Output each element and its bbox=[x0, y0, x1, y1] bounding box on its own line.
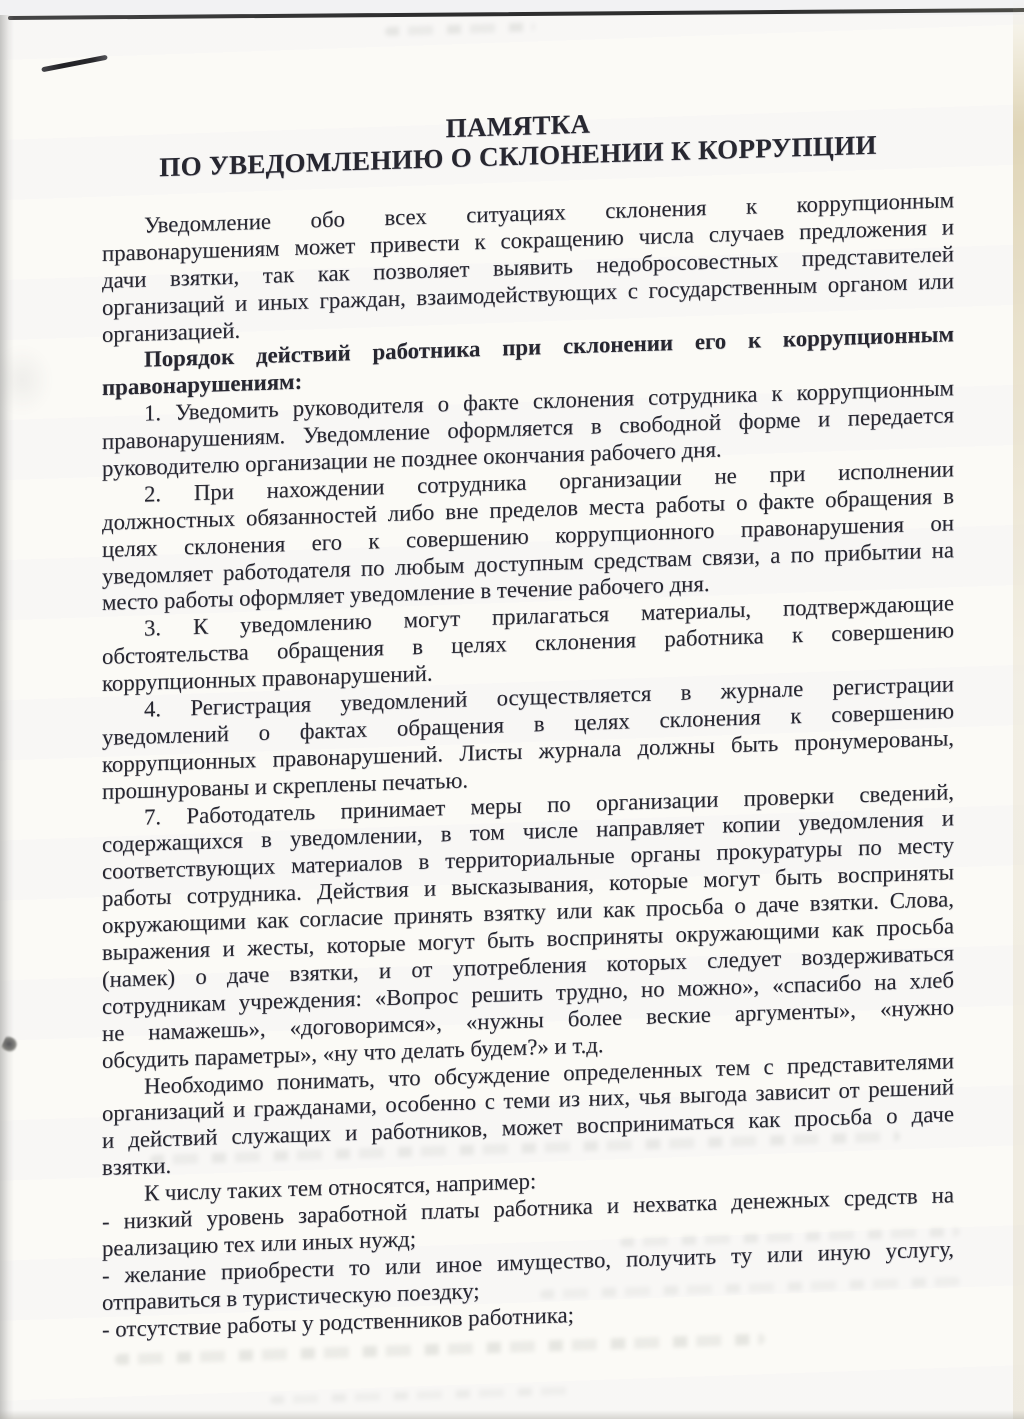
bleedthrough-artifact bbox=[385, 22, 535, 36]
paragraph: 7. Работодатель принимает меры по органи… bbox=[102, 779, 954, 1075]
paper-left-edge-shadow bbox=[0, 15, 14, 1419]
paper-right-edge-shadow bbox=[1013, 0, 1024, 1419]
bleedthrough-artifact bbox=[270, 1386, 580, 1404]
document-body: Уведомление обо всех ситуациях склонения… bbox=[102, 187, 954, 1343]
paragraph: 2. При нахождении сотрудника организации… bbox=[102, 456, 954, 617]
paper-bottom-edge-shadow bbox=[0, 1410, 1024, 1419]
scan-blotch-artifact bbox=[0, 345, 52, 415]
document-content: ПАМЯТКА ПО УВЕДОМЛЕНИЮ О СКЛОНЕНИИ К КОР… bbox=[102, 97, 954, 1343]
scanned-document-page: ПАМЯТКА ПО УВЕДОМЛЕНИЮ О СКЛОНЕНИИ К КОР… bbox=[0, 0, 1024, 1419]
pen-mark-artifact bbox=[41, 55, 108, 73]
paragraph: Уведомление обо всех ситуациях склонения… bbox=[102, 187, 954, 348]
